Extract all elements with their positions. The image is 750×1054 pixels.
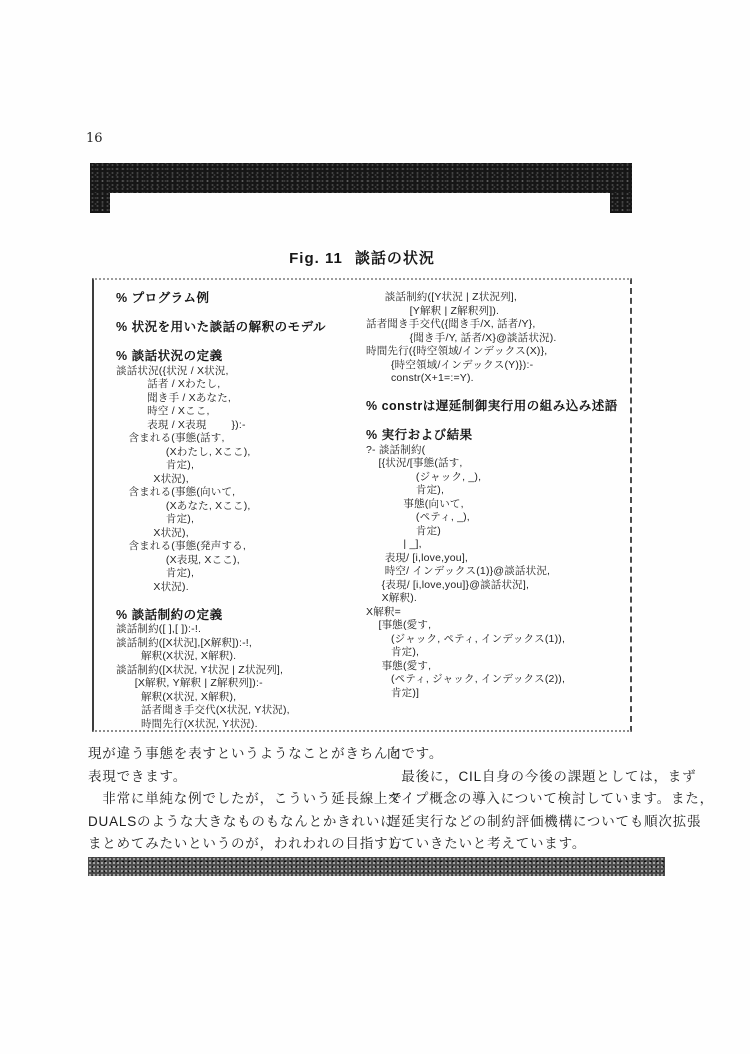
code-line: constr(X+1=:=Y).	[366, 372, 624, 386]
code-line: (ジャック, ペティ, インデックス(1)),	[366, 633, 624, 647]
code-line: 話者聞き手交代({聞き手/X, 話者/Y},	[366, 318, 624, 332]
body-text-line: 遅延実行などの制約評価機構についても順次拡張	[387, 811, 667, 834]
code-line: 含まれる(事態(話す,	[116, 432, 362, 446]
code-line: 肯定),	[366, 484, 624, 498]
header-banner-bar	[90, 163, 632, 193]
header-banner-right-leg	[610, 192, 632, 213]
code-line: 時間先行({時空領域/インデックス(X)},	[366, 345, 624, 359]
figure-box: % プログラム例% 状況を用いた談話の解釈のモデル% 談話状況の定義談話状況({…	[92, 278, 632, 732]
code-line: 談話制約([X状況, Y状況 | Z状況列],	[116, 664, 362, 678]
code-line: 表現/ [i,love,you],	[366, 552, 624, 566]
body-text-line: していきたいと考えています。	[387, 833, 667, 856]
code-line: % constrは遅延制御実行用の組み込み述語	[366, 399, 624, 415]
code-line: 談話状況({状況 / X状況,	[116, 365, 362, 379]
body-text-line: まとめてみたいというのが，われわれの目指す方	[88, 833, 384, 856]
code-line: 解釈(X状況, X解釈),	[116, 691, 362, 705]
code-line: 事態(向いて,	[366, 498, 624, 512]
body-text-line: DUALSのような大きなものもなんとかきれいに	[88, 811, 384, 834]
scanned-paper-page: { "page": { "number": "16" }, "figure": …	[0, 0, 750, 1054]
code-line: 談話制約([ ],[ ]):-!.	[116, 623, 362, 637]
code-line: X解釈).	[366, 592, 624, 606]
code-line: 時空/ インデックス(1)}@談話状況,	[366, 565, 624, 579]
code-line: 含まれる(事態(向いて,	[116, 486, 362, 500]
header-banner	[90, 163, 632, 213]
code-line	[116, 594, 362, 608]
code-line: 聞き手 / Xあなた,	[116, 392, 362, 406]
figure-code-right-column: 談話制約([Y状況 | Z状況列], [Y解釈 | Z解釈列]).話者聞き手交代…	[366, 291, 624, 700]
code-line	[366, 415, 624, 429]
code-line: X状況),	[116, 527, 362, 541]
body-text-line: 向です。	[387, 743, 667, 766]
code-line: 肯定),	[116, 459, 362, 473]
code-line: 談話制約([Y状況 | Z状況列],	[366, 291, 624, 305]
body-text-line: 現が違う事態を表すというようなことがきちんと	[88, 743, 384, 766]
code-line: (ペティ, _),	[366, 511, 624, 525]
code-line: % 談話状況の定義	[116, 349, 362, 365]
code-line: % 状況を用いた談話の解釈のモデル	[116, 320, 362, 336]
code-line: 話者 / Xわたし,	[116, 378, 362, 392]
header-banner-left-leg	[90, 192, 110, 213]
code-line: [事態(愛す,	[366, 619, 624, 633]
code-line: X状況),	[116, 473, 362, 487]
code-line	[366, 386, 624, 400]
code-line: 肯定),	[116, 567, 362, 581]
body-text-right-column: 向です。 最後に，CIL自身の今後の課題としては，まずタイプ概念の導入について検…	[387, 743, 667, 856]
code-line: (ジャック, _),	[366, 471, 624, 485]
code-line: (ペティ, ジャック, インデックス(2)),	[366, 673, 624, 687]
figure-title: 談話の状況	[355, 250, 435, 267]
figure-label: Fig. 11	[289, 250, 343, 267]
code-line: 含まれる(事態(発声する,	[116, 540, 362, 554]
body-text-left-column: 現が違う事態を表すというようなことがきちんと表現できます。 非常に単純な例でした…	[88, 743, 384, 856]
figure-code-left-column: % プログラム例% 状況を用いた談話の解釈のモデル% 談話状況の定義談話状況({…	[116, 291, 362, 731]
code-line	[116, 307, 362, 321]
code-line: % プログラム例	[116, 291, 362, 307]
code-line: 解釈(X状況, X解釈).	[116, 650, 362, 664]
code-line: X状況).	[116, 581, 362, 595]
code-line: 肯定)	[366, 525, 624, 539]
body-text-line: 最後に，CIL自身の今後の課題としては，まず	[387, 766, 667, 789]
code-line: 肯定),	[116, 513, 362, 527]
code-line: 事態(愛す,	[366, 660, 624, 674]
code-line: X解釈=	[366, 606, 624, 620]
footer-bar	[88, 857, 665, 876]
code-line: | _],	[366, 538, 624, 552]
body-text-line: タイプ概念の導入について検討しています。また，	[387, 788, 667, 811]
code-line: 談話制約([X状況],[X解釈]):-!,	[116, 637, 362, 651]
code-line: [Y解釈 | Z解釈列]).	[366, 305, 624, 319]
code-line: % 実行および結果	[366, 428, 624, 444]
code-line	[116, 336, 362, 350]
code-line: ?- 談話制約(	[366, 444, 624, 458]
code-line: 時間先行(X状況, Y状況).	[116, 718, 362, 732]
page-number: 16	[86, 131, 103, 146]
code-line: 時空 / Xここ,	[116, 405, 362, 419]
code-line: (Xわたし, Xここ),	[116, 446, 362, 460]
code-line: 肯定)]	[366, 687, 624, 701]
code-line: {聞き手/Y, 話者/X}@談話状況).	[366, 332, 624, 346]
code-line: {時空領域/インデックス(Y)}):-	[366, 359, 624, 373]
body-text-line: 表現できます。	[88, 766, 384, 789]
code-line: (X表現, Xここ),	[116, 554, 362, 568]
code-line: 話者聞き手交代(X状況, Y状況),	[116, 704, 362, 718]
code-line: [X解釈, Y解釈 | Z解釈列]):-	[116, 677, 362, 691]
code-line: 肯定),	[366, 646, 624, 660]
code-line: [{状況/[事態(話す,	[366, 457, 624, 471]
code-line: 表現 / X表現 }):-	[116, 419, 362, 433]
figure-caption: Fig. 11談話の状況	[92, 247, 632, 268]
code-line: {表現/ [i,love,you]}@談話状況],	[366, 579, 624, 593]
code-line: % 談話制約の定義	[116, 608, 362, 624]
code-line: (Xあなた, Xここ),	[116, 500, 362, 514]
body-text-line: 非常に単純な例でしたが，こういう延長線上で	[88, 788, 384, 811]
